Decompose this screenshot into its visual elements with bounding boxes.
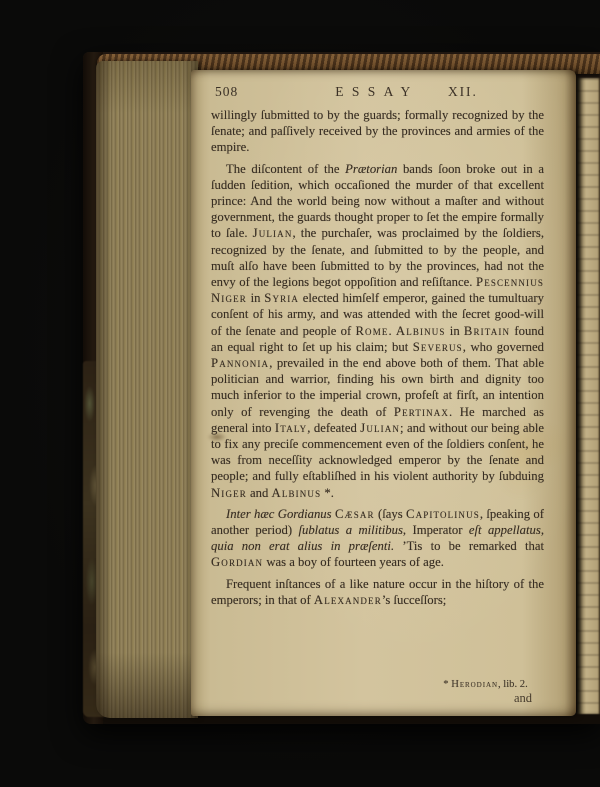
page-fore-edge-stack (96, 61, 198, 718)
running-title: ESSAY (335, 84, 418, 99)
paragraph: The diſcontent of the Prætorian bands ſo… (211, 161, 544, 501)
book: 508 ESSAY XII. willingly ſubmitted to by… (83, 52, 600, 724)
photo-background: 508 ESSAY XII. willingly ſubmitted to by… (0, 0, 600, 787)
paragraph: Inter hæc Gordianus Cæsar (ſays Capitoli… (211, 506, 544, 571)
catchword: and (514, 691, 532, 706)
page-number: 508 (215, 84, 271, 100)
text-block: willingly ſubmitted to by the guards; fo… (211, 107, 544, 608)
next-page-sliver (577, 78, 600, 714)
book-page: 508 ESSAY XII. willingly ſubmitted to by… (191, 70, 576, 716)
running-head: 508 ESSAY XII. (191, 70, 576, 100)
paragraph: willingly ſubmitted to by the guards; fo… (211, 107, 544, 156)
running-head-center: ESSAY XII. (271, 84, 542, 100)
footnote: * Herodian, lib. 2. (319, 679, 600, 690)
chapter-number: XII. (448, 84, 478, 99)
paragraph: Frequent inſtances of a like nature occu… (211, 576, 544, 608)
